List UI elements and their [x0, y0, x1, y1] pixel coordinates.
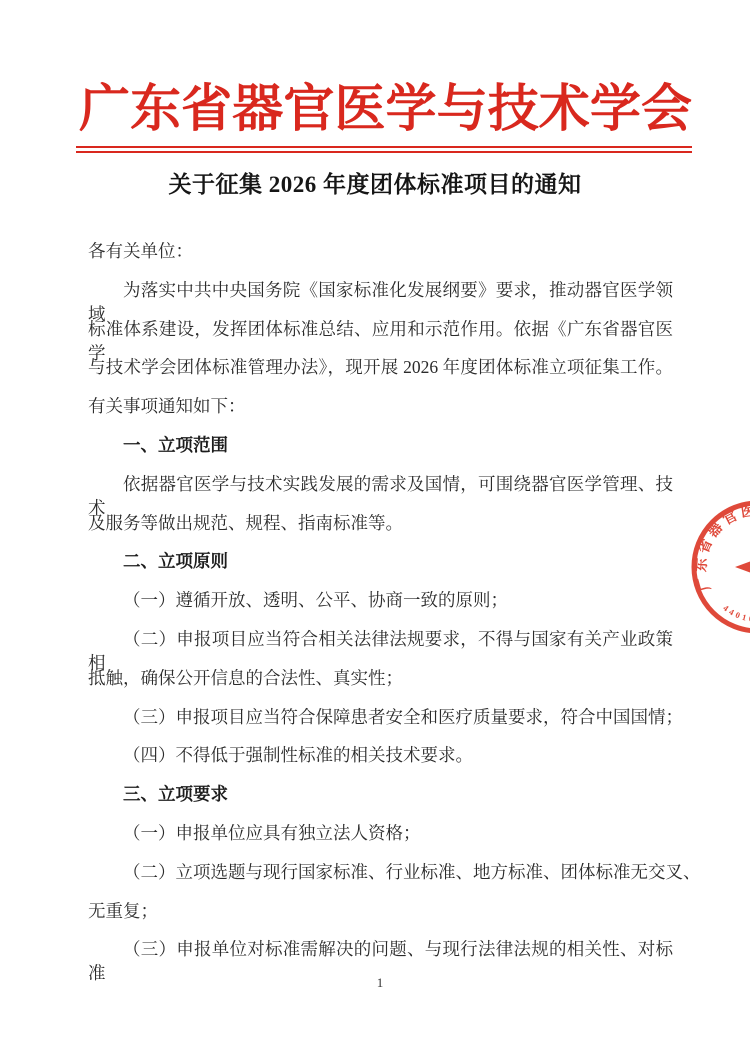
document-body: 各有关单位： 为落实中共中央国务院《国家标准化发展纲要》要求，推动器官医学领域 …	[88, 239, 673, 976]
letterhead-org-title: 广东省器官医学与技术学会	[79, 82, 692, 139]
salutation-line: 各有关单位：	[88, 239, 673, 278]
list-item: （四）不得低于强制性标准的相关技术要求。	[88, 743, 673, 782]
official-seal-stamp: 广东省器官医学与技术学会 4401040004	[686, 495, 750, 639]
section-heading-3: 三、立项要求	[88, 782, 673, 821]
page-number: 1	[0, 975, 750, 991]
body-line: 抵触，确保公开信息的合法性、真实性；	[88, 666, 673, 705]
body-line: 有关事项通知如下：	[88, 394, 673, 433]
letterhead-double-rule	[76, 146, 692, 153]
list-item: （一）申报单位应具有独立法人资格；	[88, 821, 673, 860]
body-line: 及服务等做出规范、规程、指南标准等。	[88, 511, 673, 550]
star-icon	[735, 545, 750, 589]
document-title: 关于征集 2026 年度团体标准项目的通知	[0, 166, 750, 199]
body-line: 为落实中共中央国务院《国家标准化发展纲要》要求，推动器官医学领域	[88, 278, 673, 317]
section-heading-2: 二、立项原则	[88, 549, 673, 588]
body-line: 与技术学会团体标准管理办法》，现开展 2026 年度团体标准立项征集工作。	[88, 355, 673, 394]
section-heading-1: 一、立项范围	[88, 433, 673, 472]
list-item: （三）申报项目应当符合保障患者安全和医疗质量要求，符合中国国情；	[88, 705, 673, 744]
body-line: 依据器官医学与技术实践发展的需求及国情，可围绕器官医学管理、技术	[88, 472, 673, 511]
list-item: （二）申报项目应当符合相关法律法规要求，不得与国家有关产业政策相	[88, 627, 673, 666]
list-item: （一）遵循开放、透明、公平、协商一致的原则；	[88, 588, 673, 627]
seal-arc-text: 广东省器官医学与技术学会	[693, 501, 750, 594]
body-line: 无重复；	[88, 899, 673, 938]
document-page: 广东省器官医学与技术学会 关于征集 2026 年度团体标准项目的通知 各有关单位…	[0, 0, 750, 1061]
body-line: （三）申报单位对标准需解决的问题、与现行法律法规的相关性、对标准	[88, 937, 673, 976]
body-line: 标准体系建设，发挥团体标准总结、应用和示范作用。依据《广东省器官医学	[88, 317, 673, 356]
list-item: （二）立项选题与现行国家标准、行业标准、地方标准、团体标准无交叉、	[88, 860, 673, 899]
